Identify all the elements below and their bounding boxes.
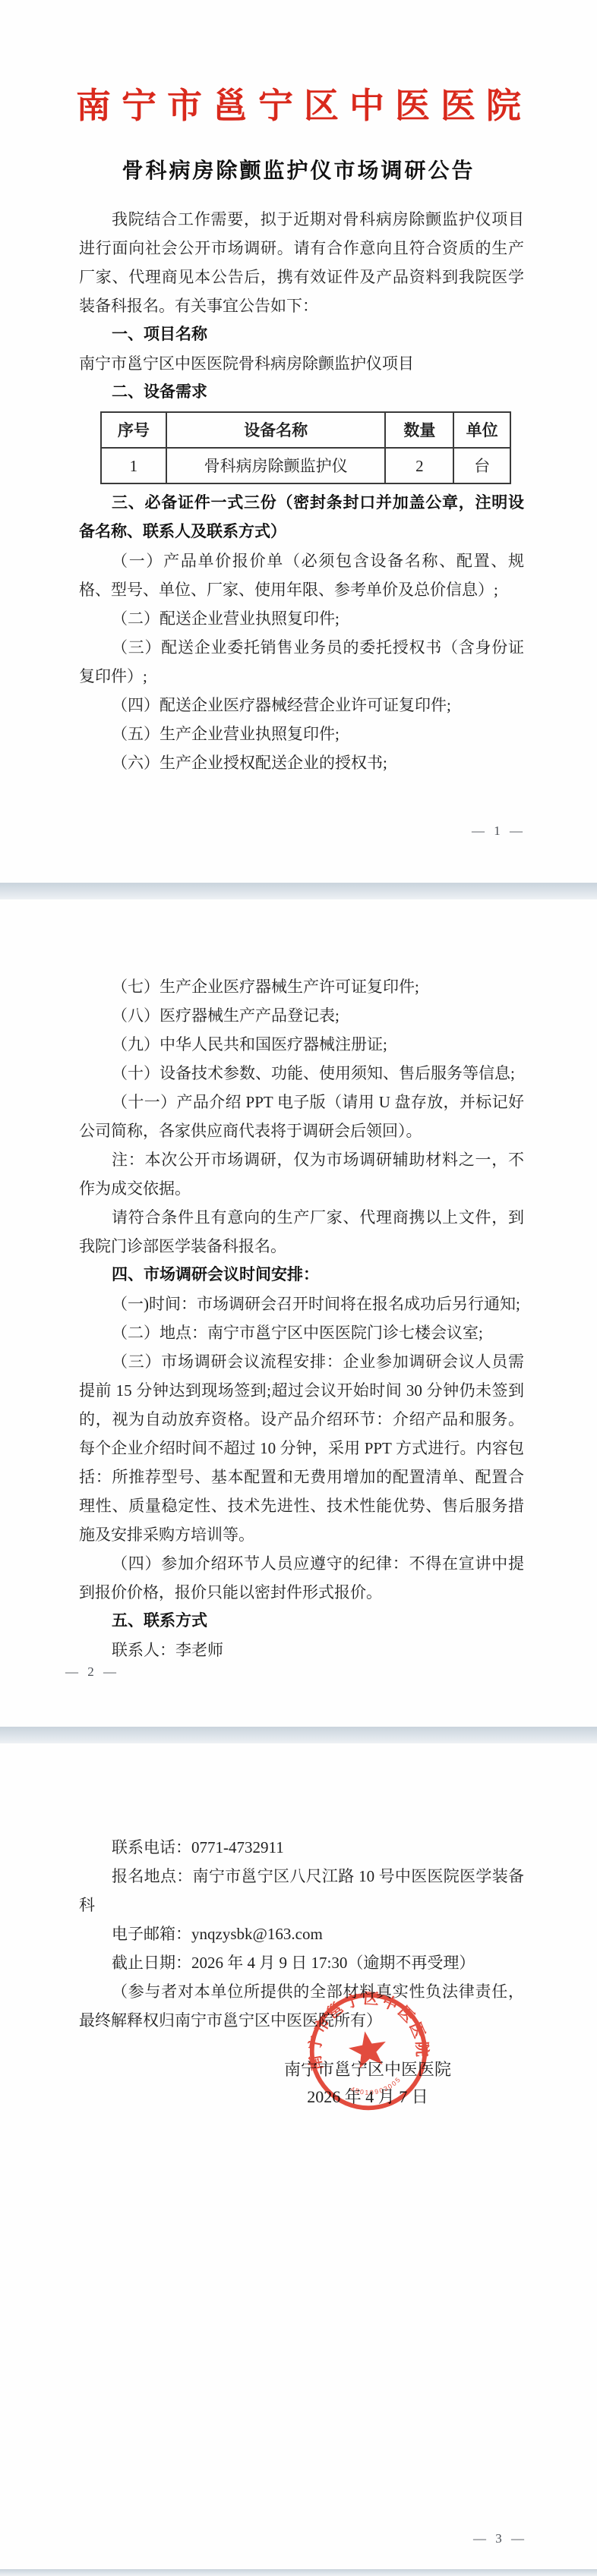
col-header-index: 序号 [101, 412, 166, 448]
equipment-table: 序号 设备名称 数量 单位 1 骨科病房除颤监护仪 2 台 [100, 411, 511, 484]
appeal-paragraph: 请符合条件且有意向的生产厂家、代理商携以上文件，到我院门诊部医学装备科报名。 [79, 1203, 524, 1261]
hospital-title: 南宁市邕宁区中医医院 [0, 0, 597, 131]
cell-unit: 台 [453, 448, 510, 483]
col-header-unit: 单位 [453, 412, 510, 448]
meeting-item-3: （三）市场调研会议流程安排：企业参加调研会议人员需提前 15 分钟达到现场签到;… [79, 1347, 524, 1549]
list-item-6: （六）生产企业授权配送企业的授权书; [79, 748, 524, 777]
project-name: 南宁市邕宁区中医医院骨科病房除颤监护仪项目 [79, 349, 524, 378]
page-1: 南宁市邕宁区中医医院 骨科病房除颤监护仪市场调研公告 我院结合工作需要，拟于近期… [0, 0, 597, 883]
page-number-2: — 2 — [65, 1664, 119, 1680]
section-1-heading: 一、项目名称 [79, 320, 524, 349]
seal-star-icon [346, 2028, 390, 2070]
list-item-7: （七）生产企业医疗器械生产许可证复印件; [79, 972, 524, 1001]
announcement-subtitle: 骨科病房除颤监护仪市场调研公告 [0, 158, 597, 185]
page-gap-divider [0, 1727, 597, 1743]
list-item-4: （四）配送企业医疗器械经营企业许可证复印件; [79, 691, 524, 720]
list-item-9: （九）中华人民共和国医疗器械注册证; [79, 1030, 524, 1059]
cell-qty: 2 [385, 448, 453, 483]
page-1-body: 我院结合工作需要，拟于近期对骨科病房除颤监护仪项目进行面向社会公开市场调研。请有… [0, 205, 597, 777]
page-2: （七）生产企业医疗器械生产许可证复印件; （八）医疗器械生产产品登记表; （九）… [0, 899, 597, 1727]
page-gap-divider [0, 883, 597, 899]
meeting-item-1: （一)时间：市场调研会召开时间将在报名成功后另行通知; [79, 1290, 524, 1318]
meeting-item-4: （四）参加介绍环节人员应遵守的纪律：不得在宣讲中提到报价价格，报价只能以密封件形… [79, 1549, 524, 1607]
contact-phone: 联系电话：0771-4732911 [79, 1833, 524, 1862]
table-header-row: 序号 设备名称 数量 单位 [101, 412, 510, 448]
contact-person: 联系人：李老师 [79, 1636, 524, 1664]
cell-device: 骨科病房除颤监护仪 [166, 448, 386, 483]
bottom-edge-strip [0, 2569, 597, 2576]
list-item-5: （五）生产企业营业执照复印件; [79, 720, 524, 748]
col-header-qty: 数量 [385, 412, 453, 448]
meeting-item-2: （二）地点：南宁市邕宁区中医医院门诊七楼会议室; [79, 1318, 524, 1347]
intro-paragraph: 我院结合工作需要，拟于近期对骨科病房除颤监护仪项目进行面向社会公开市场调研。请有… [79, 205, 524, 320]
list-item-2: （二）配送企业营业执照复印件; [79, 604, 524, 633]
list-item-8: （八）医疗器械生产产品登记表; [79, 1001, 524, 1030]
section-4-heading: 四、市场调研会议时间安排： [79, 1261, 524, 1290]
page-number-1: — 1 — [472, 824, 526, 839]
section-3-heading: 三、必备证件一式三份（密封条封口并加盖公章，注明设备名称、联系人及联系方式） [79, 489, 524, 546]
list-item-1: （一）产品单价报价单（必须包含设备名称、配置、规格、型号、单位、厂家、使用年限、… [79, 546, 524, 604]
official-seal-stamp: 南宁市邕宁区中医医院 450109030057 [296, 1979, 441, 2124]
deadline: 截止日期：2026 年 4 月 9 日 17:30（逾期不再受理） [79, 1948, 524, 1977]
page-3: 联系电话：0771-4732911 报名地点：南宁市邕宁区八尺江路 10 号中医… [0, 1743, 597, 2569]
scanned-announcement-document: 南宁市邕宁区中医医院 骨科病房除颤监护仪市场调研公告 我院结合工作需要，拟于近期… [0, 0, 597, 2576]
page-number-3: — 3 — [473, 2531, 527, 2546]
section-5-heading: 五、联系方式 [79, 1607, 524, 1636]
table-row: 1 骨科病房除颤监护仪 2 台 [101, 448, 510, 483]
page-3-body: 联系电话：0771-4732911 报名地点：南宁市邕宁区八尺江路 10 号中医… [0, 1743, 597, 2035]
list-item-11: （十一）产品介绍 PPT 电子版（请用 U 盘存放，并标记好公司简称，各家供应商… [79, 1088, 524, 1145]
list-item-3: （三）配送企业委托销售业务员的委托授权书（含身份证复印件）; [79, 633, 524, 691]
cell-index: 1 [101, 448, 166, 483]
note-paragraph: 注：本次公开市场调研，仅为市场调研辅助材料之一，不作为成交依据。 [79, 1145, 524, 1203]
contact-email: 电子邮箱：ynqzysbk@163.com [79, 1919, 524, 1948]
col-header-device: 设备名称 [166, 412, 386, 448]
list-item-10: （十）设备技术参数、功能、使用须知、售后服务等信息; [79, 1059, 524, 1088]
section-2-heading: 二、设备需求 [79, 378, 524, 407]
page-2-body: （七）生产企业医疗器械生产许可证复印件; （八）医疗器械生产产品登记表; （九）… [0, 899, 597, 1664]
signup-address: 报名地点：南宁市邕宁区八尺江路 10 号中医医院医学装备科 [79, 1862, 524, 1919]
